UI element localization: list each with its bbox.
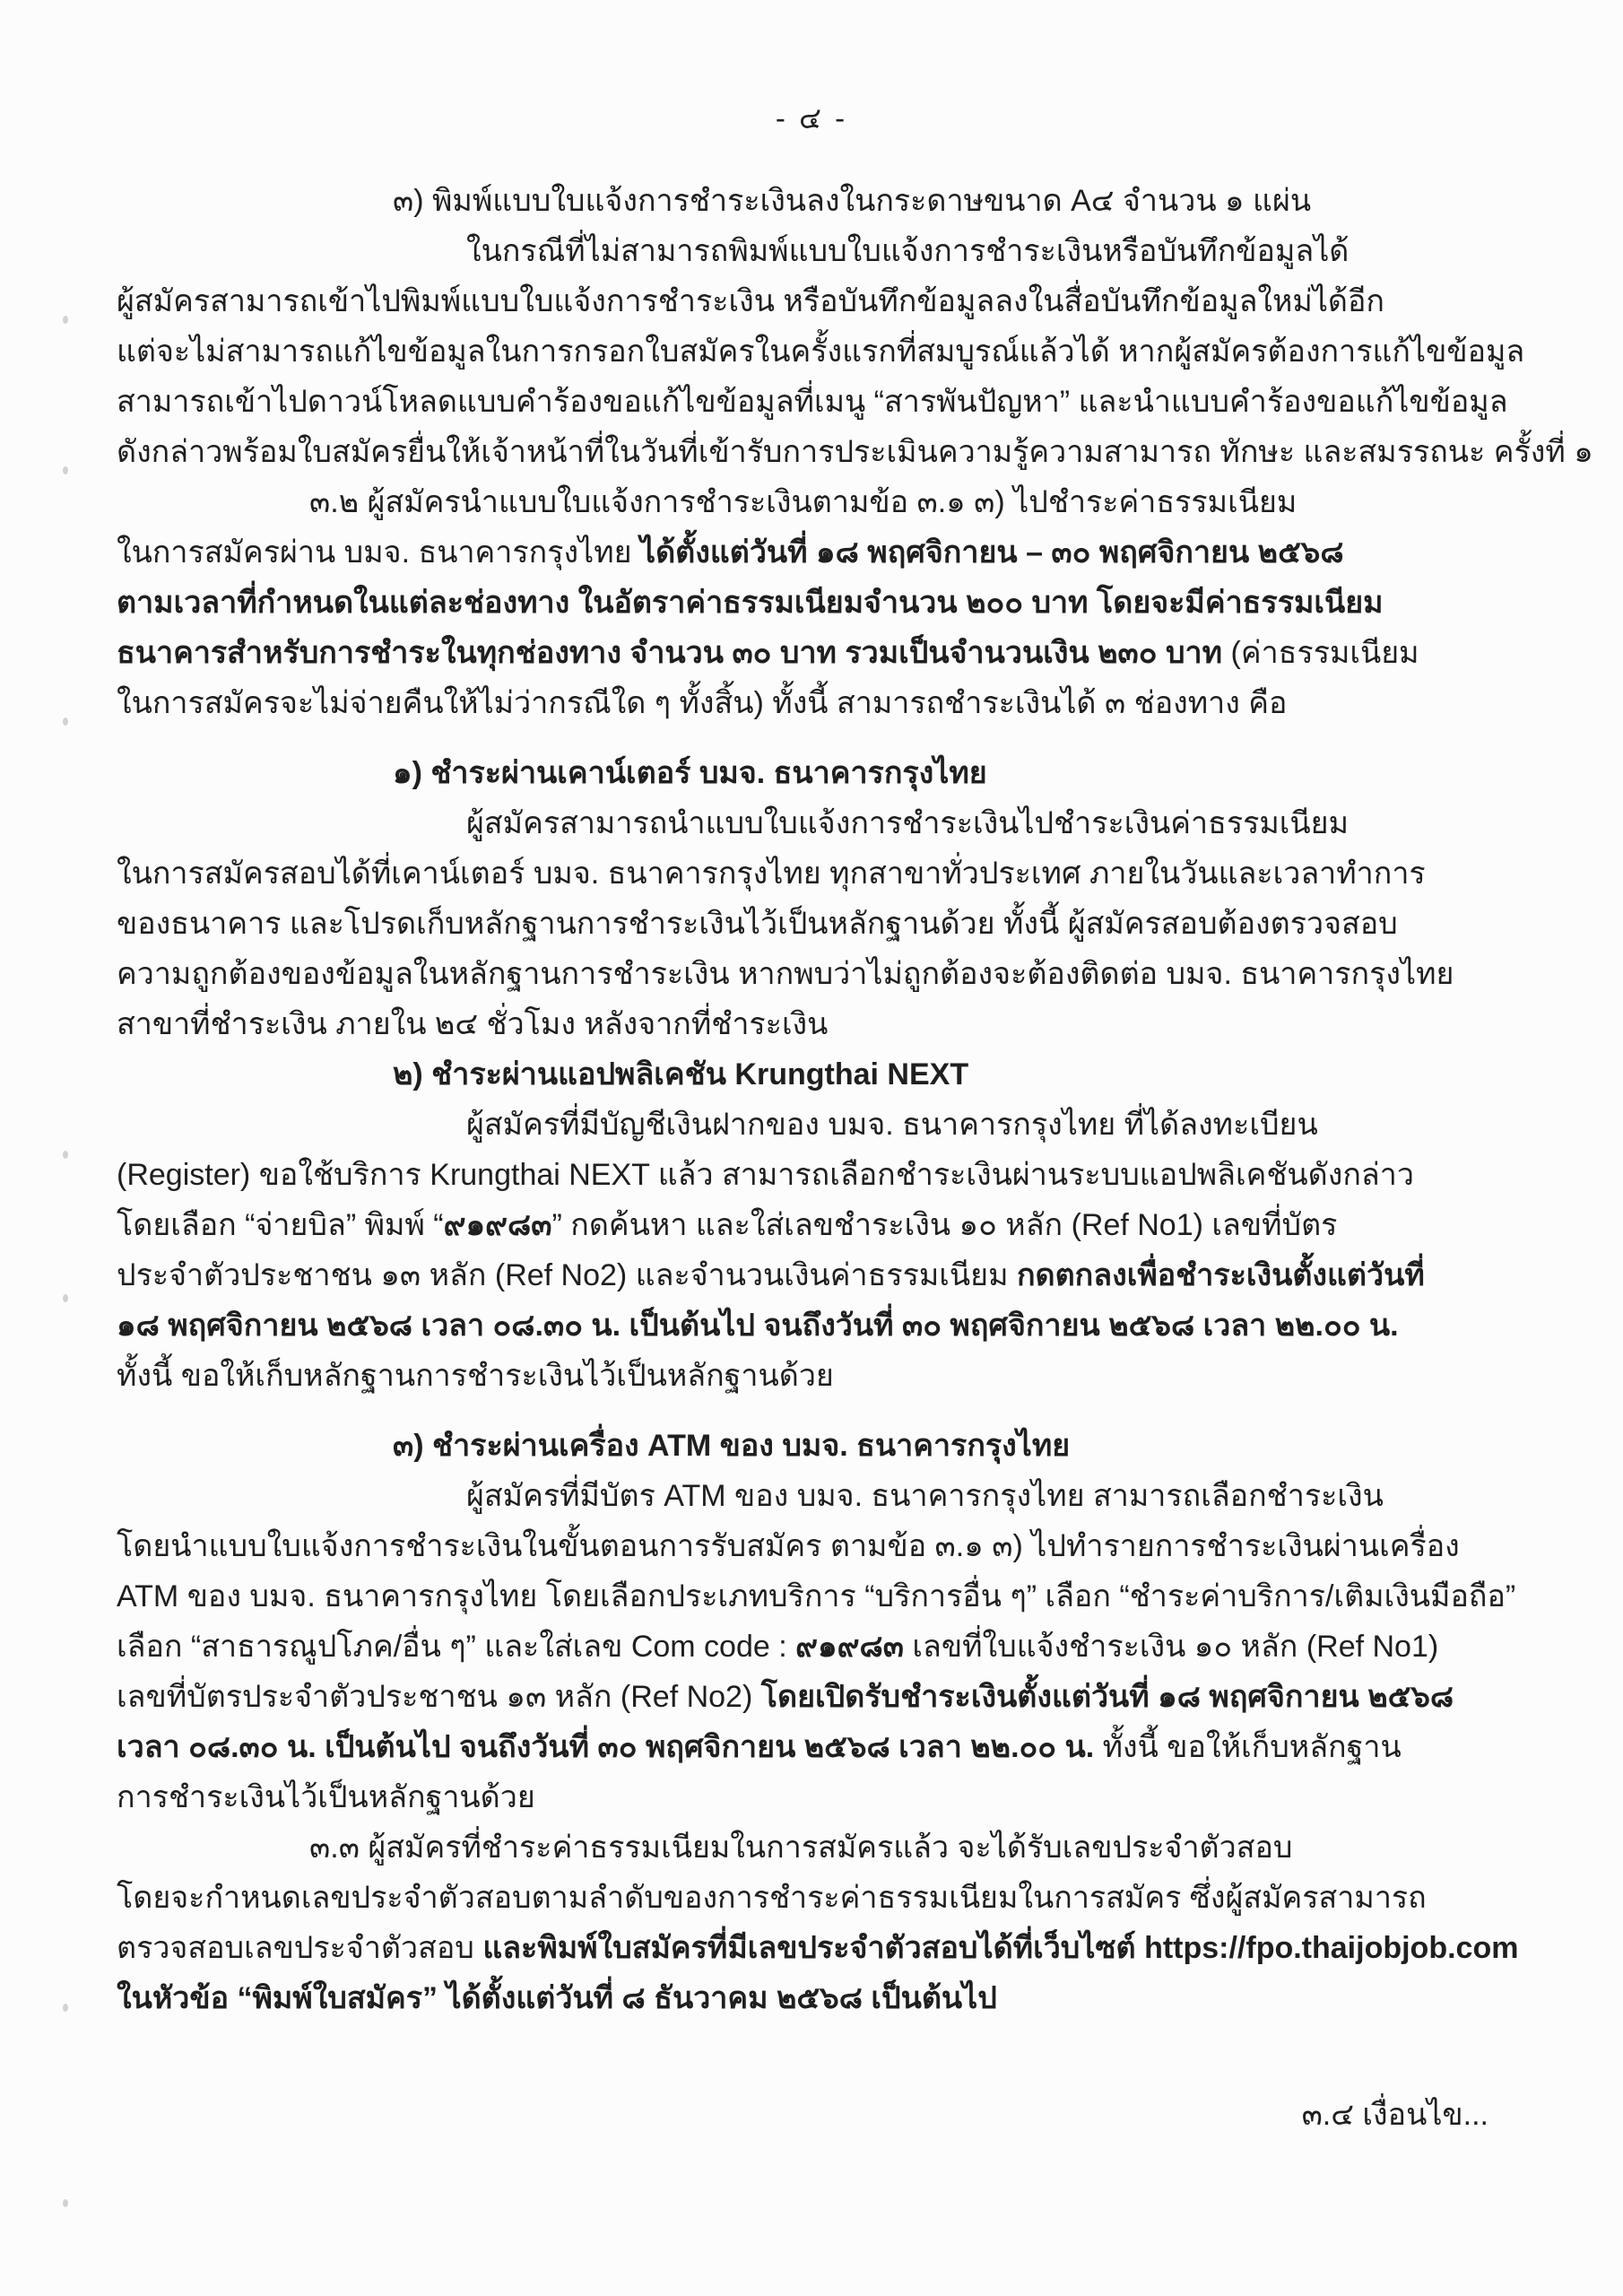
text-segment: สาขาที่ชำระเงิน ภายใน ๒๔ ชั่วโมง หลังจาก…	[117, 1007, 828, 1041]
text-line: ATM ของ บมจ. ธนาคารกรุงไทย โดยเลือกประเภ…	[117, 1571, 1508, 1622]
text-segment: ได้ตั้งแต่วันที่ ๑๘ พฤศจิกายน – ๓๐ พฤศจิ…	[640, 535, 1344, 570]
footer-continuation-note: ๓.๔ เงื่อนไข...	[1302, 2090, 1488, 2140]
text-segment: เวลา ๐๘.๓๐ น. เป็นต้นไป จนถึงวันที่ ๓๐ พ…	[117, 1730, 1103, 1764]
text-segment: ความถูกต้องของข้อมูลในหลักฐานการชำระเงิน…	[117, 957, 1454, 991]
text-line: ๓) พิมพ์แบบใบแจ้งการชำระเงินลงในกระดาษขน…	[117, 176, 1508, 226]
text-segment: ๓) พิมพ์แบบใบแจ้งการชำระเงินลงในกระดาษขน…	[393, 184, 1311, 218]
text-segment: ผู้สมัครสามารถนำแบบใบแจ้งการชำระเงินไปชำ…	[466, 806, 1349, 840]
scan-artifact	[63, 466, 68, 474]
text-line: ในการสมัครจะไม่จ่ายคืนให้ไม่ว่ากรณีใด ๆ …	[117, 678, 1508, 728]
text-segment: แต่จะไม่สามารถแก้ไขข้อมูลในการกรอกใบสมัค…	[117, 335, 1524, 369]
text-segment: เลือก “สาธารณูปโภค/อื่น ๆ” และใส่เลข Com…	[117, 1630, 795, 1664]
text-segment: ๙๑๙๘๓	[444, 1208, 552, 1242]
text-segment: ๙๑๙๘๓	[795, 1630, 904, 1664]
text-line: ๓.๓ ผู้สมัครที่ชำระค่าธรรมเนียมในการสมัค…	[117, 1822, 1508, 1873]
text-line: ในการสมัครสอบได้ที่เคาน์เตอร์ บมจ. ธนาคา…	[117, 848, 1508, 899]
text-line: ตรวจสอบเลขประจำตัวสอบ และพิมพ์ใบสมัครที่…	[117, 1923, 1508, 1973]
text-segment: ในหัวข้อ “พิมพ์ใบสมัคร” ได้ตั้งแต่วันที่…	[117, 1981, 997, 2015]
text-line: ผู้สมัครสามารถเข้าไปพิมพ์แบบใบแจ้งการชำร…	[117, 276, 1508, 326]
scan-artifact	[63, 1294, 68, 1302]
text-segment: ๓.๓ ผู้สมัครที่ชำระค่าธรรมเนียมในการสมัค…	[309, 1831, 1292, 1865]
text-segment: เลขที่บัตรประจำตัวประชาชน ๑๓ หลัก (Ref N…	[117, 1680, 761, 1714]
text-line: ดังกล่าวพร้อมใบสมัครยื่นให้เจ้าหน้าที่ใน…	[117, 427, 1508, 477]
text-segment: ของธนาคาร และโปรดเก็บหลักฐานการชำระเงินไ…	[117, 907, 1398, 941]
text-line: โดยจะกำหนดเลขประจำตัวสอบตามลำดับของการชำ…	[117, 1873, 1508, 1923]
text-line: โดยเลือก “จ่ายบิล” พิมพ์ “๙๑๙๘๓” กดค้นหา…	[117, 1200, 1508, 1250]
text-segment: ประจำตัวประชาชน ๑๓ หลัก (Ref No2) และจำน…	[117, 1258, 1017, 1292]
text-line: ๓) ชำระผ่านเครื่อง ATM ของ บมจ. ธนาคารกร…	[117, 1421, 1508, 1471]
scan-artifact	[63, 1151, 68, 1159]
text-segment: ๒) ชำระผ่านแอปพลิเคชัน Krungthai NEXT	[393, 1057, 968, 1091]
text-segment: ATM ของ บมจ. ธนาคารกรุงไทย โดยเลือกประเภ…	[117, 1579, 1515, 1613]
text-segment: ๓) ชำระผ่านเครื่อง ATM ของ บมจ. ธนาคารกร…	[393, 1429, 1070, 1463]
text-segment: ผู้สมัครสามารถเข้าไปพิมพ์แบบใบแจ้งการชำร…	[117, 284, 1384, 318]
text-line: เวลา ๐๘.๓๐ น. เป็นต้นไป จนถึงวันที่ ๓๐ พ…	[117, 1722, 1508, 1772]
text-segment: และพิมพ์ใบสมัครที่มีเลขประจำตัวสอบได้ที่…	[482, 1931, 1518, 1965]
text-line: ๑) ชำระผ่านเคาน์เตอร์ บมจ. ธนาคารกรุงไทย	[117, 748, 1508, 798]
text-line: (Register) ขอใช้บริการ Krungthai NEXT แล…	[117, 1150, 1508, 1200]
text-line: ในการสมัครผ่าน บมจ. ธนาคารกรุงไทย ได้ตั้…	[117, 527, 1508, 578]
text-segment: ทั้งนี้ ขอให้เก็บหลักฐาน	[1103, 1730, 1402, 1764]
text-segment: ตรวจสอบเลขประจำตัวสอบ	[117, 1931, 482, 1965]
text-segment: ดังกล่าวพร้อมใบสมัครยื่นให้เจ้าหน้าที่ใน…	[117, 435, 1593, 469]
text-line: สาขาที่ชำระเงิน ภายใน ๒๔ ชั่วโมง หลังจาก…	[117, 999, 1508, 1049]
text-line: โดยนำแบบใบแจ้งการชำระเงินในขั้นตอนการรับ…	[117, 1521, 1508, 1571]
text-line: ๑๘ พฤศจิกายน ๒๕๖๘ เวลา ๐๘.๓๐ น. เป็นต้นไ…	[117, 1300, 1508, 1351]
document-page: - ๔ - ๓) พิมพ์แบบใบแจ้งการชำระเงินลงในกร…	[0, 0, 1623, 2296]
scan-artifact	[63, 717, 68, 726]
text-line: ของธนาคาร และโปรดเก็บหลักฐานการชำระเงินไ…	[117, 899, 1508, 949]
text-segment: โดยเลือก “จ่ายบิล” พิมพ์ “	[117, 1208, 444, 1242]
text-segment: ธนาคารสำหรับการชำระในทุกช่องทาง จำนวน ๓๐…	[117, 636, 1231, 670]
scan-artifact	[63, 2004, 68, 2012]
text-segment: ในการสมัครผ่าน บมจ. ธนาคารกรุงไทย	[117, 535, 640, 570]
text-segment: การชำระเงินไว้เป็นหลักฐานด้วย	[117, 1780, 535, 1814]
text-line: ตามเวลาที่กำหนดในแต่ละช่องทาง ในอัตราค่า…	[117, 578, 1508, 628]
text-line: ๒) ชำระผ่านแอปพลิเคชัน Krungthai NEXT	[117, 1049, 1508, 1100]
text-segment: ผู้สมัครที่มีบัญชีเงินฝากของ บมจ. ธนาคาร…	[466, 1108, 1318, 1142]
text-segment: ในการสมัครสอบได้ที่เคาน์เตอร์ บมจ. ธนาคา…	[117, 857, 1426, 891]
text-line: ทั้งนี้ ขอให้เก็บหลักฐานการชำระเงินไว้เป…	[117, 1351, 1508, 1401]
text-segment: ” กดค้นหา และใส่เลขชำระเงิน ๑๐ หลัก (Ref…	[551, 1208, 1337, 1242]
scan-artifact	[63, 316, 68, 324]
document-body: ๓) พิมพ์แบบใบแจ้งการชำระเงินลงในกระดาษขน…	[0, 140, 1623, 2023]
text-line: เลือก “สาธารณูปโภค/อื่น ๆ” และใส่เลข Com…	[117, 1622, 1508, 1672]
text-segment: (ค่าธรรมเนียม	[1231, 636, 1419, 670]
text-segment: ๑๘ พฤศจิกายน ๒๕๖๘ เวลา ๐๘.๓๐ น. เป็นต้นไ…	[117, 1309, 1399, 1343]
text-line: สามารถเข้าไปดาวน์โหลดแบบคำร้องขอแก้ไขข้อ…	[117, 377, 1508, 427]
text-line: ผู้สมัครที่มีบัญชีเงินฝากของ บมจ. ธนาคาร…	[117, 1100, 1508, 1150]
text-segment: เลขที่ใบแจ้งชำระเงิน ๑๐ หลัก (Ref No1)	[904, 1630, 1438, 1664]
text-segment: ๑) ชำระผ่านเคาน์เตอร์ บมจ. ธนาคารกรุงไทย	[393, 756, 987, 790]
text-segment: โดยเปิดรับชำระเงินตั้งแต่วันที่ ๑๘ พฤศจิ…	[761, 1680, 1454, 1714]
text-line: ในกรณีที่ไม่สามารถพิมพ์แบบใบแจ้งการชำระเ…	[117, 226, 1508, 276]
text-segment: โดยจะกำหนดเลขประจำตัวสอบตามลำดับของการชำ…	[117, 1881, 1427, 1915]
text-line: แต่จะไม่สามารถแก้ไขข้อมูลในการกรอกใบสมัค…	[117, 326, 1508, 377]
text-segment: ในกรณีที่ไม่สามารถพิมพ์แบบใบแจ้งการชำระเ…	[466, 234, 1349, 268]
text-segment: ๓.๒ ผู้สมัครนำแบบใบแจ้งการชำระเงินตามข้อ…	[309, 485, 1297, 519]
page-number: - ๔ -	[0, 0, 1623, 140]
text-line: ผู้สมัครที่มีบัตร ATM ของ บมจ. ธนาคารกรุ…	[117, 1471, 1508, 1521]
text-line: การชำระเงินไว้เป็นหลักฐานด้วย	[117, 1772, 1508, 1822]
text-segment: โดยนำแบบใบแจ้งการชำระเงินในขั้นตอนการรับ…	[117, 1529, 1460, 1563]
text-line: ความถูกต้องของข้อมูลในหลักฐานการชำระเงิน…	[117, 949, 1508, 999]
text-line: ธนาคารสำหรับการชำระในทุกช่องทาง จำนวน ๓๐…	[117, 628, 1508, 678]
text-line: ประจำตัวประชาชน ๑๓ หลัก (Ref No2) และจำน…	[117, 1250, 1508, 1300]
text-segment: ในการสมัครจะไม่จ่ายคืนให้ไม่ว่ากรณีใด ๆ …	[117, 686, 1287, 720]
text-segment: กดตกลงเพื่อชำระเงินตั้งแต่วันที่	[1017, 1258, 1425, 1292]
text-line: ในหัวข้อ “พิมพ์ใบสมัคร” ได้ตั้งแต่วันที่…	[117, 1973, 1508, 2023]
text-line: ๓.๒ ผู้สมัครนำแบบใบแจ้งการชำระเงินตามข้อ…	[117, 477, 1508, 527]
text-line: เลขที่บัตรประจำตัวประชาชน ๑๓ หลัก (Ref N…	[117, 1672, 1508, 1722]
text-line: ผู้สมัครสามารถนำแบบใบแจ้งการชำระเงินไปชำ…	[117, 798, 1508, 848]
text-segment: สามารถเข้าไปดาวน์โหลดแบบคำร้องขอแก้ไขข้อ…	[117, 385, 1508, 419]
text-segment: ตามเวลาที่กำหนดในแต่ละช่องทาง ในอัตราค่า…	[117, 586, 1384, 620]
text-segment: ผู้สมัครที่มีบัตร ATM ของ บมจ. ธนาคารกรุ…	[466, 1479, 1384, 1513]
scan-artifact	[63, 2199, 68, 2207]
text-segment: (Register) ขอใช้บริการ Krungthai NEXT แล…	[117, 1158, 1414, 1192]
text-segment: ทั้งนี้ ขอให้เก็บหลักฐานการชำระเงินไว้เป…	[117, 1359, 834, 1393]
